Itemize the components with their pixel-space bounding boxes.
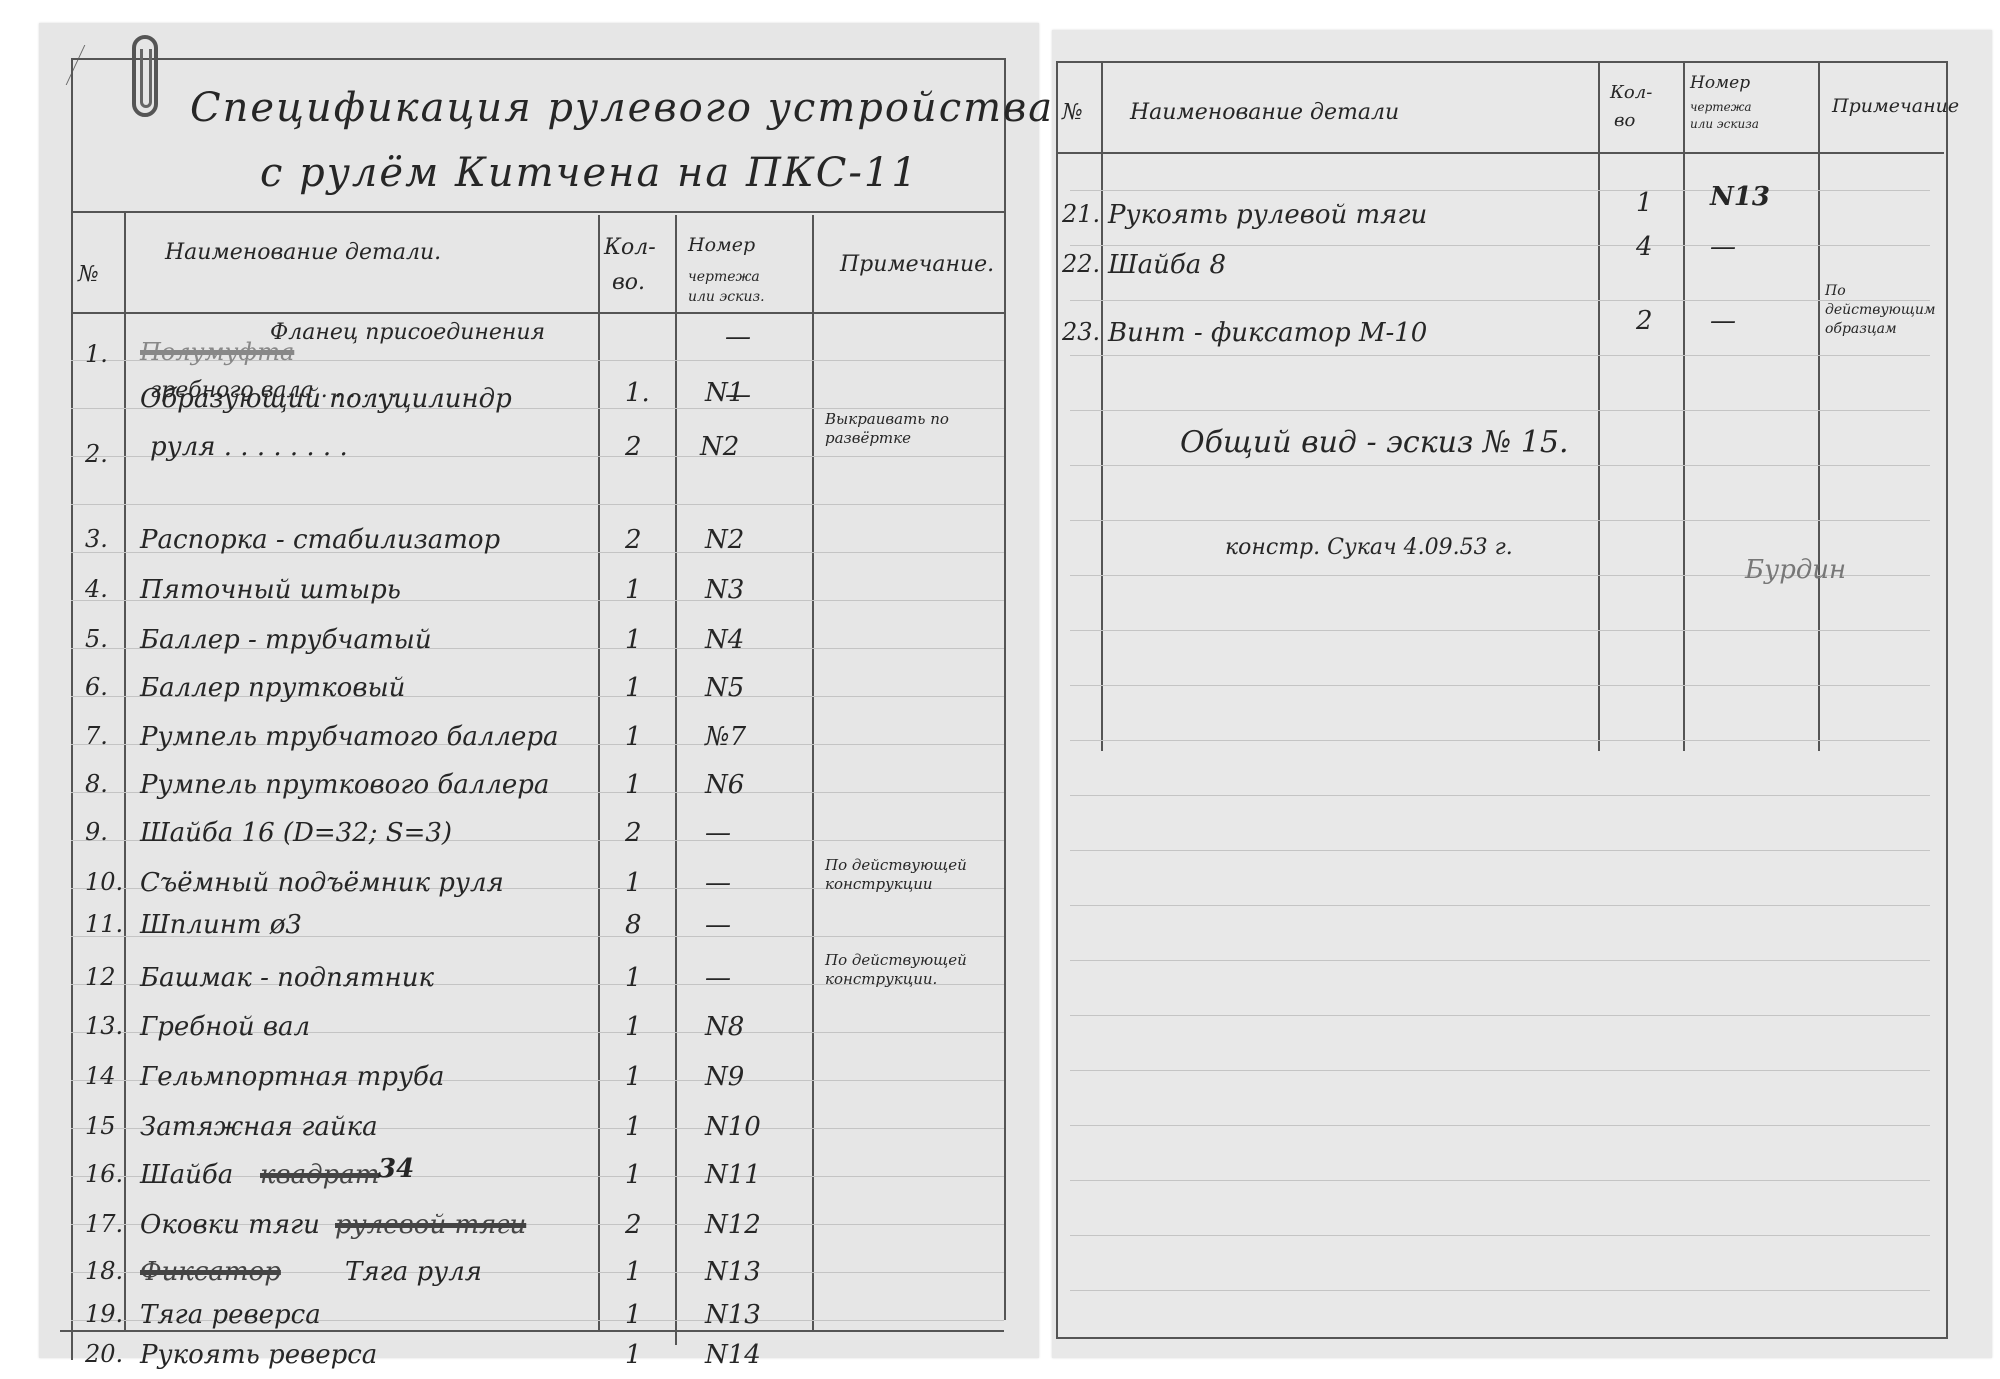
item-name: Румпель трубчатого баллера xyxy=(140,722,559,752)
item-name: Тяга руля xyxy=(345,1257,482,1287)
item-qty: 1 xyxy=(625,1300,642,1330)
item-number: 11. xyxy=(85,910,123,938)
item-qty: 1 xyxy=(625,625,642,655)
designer-signoff: констр. Сукач 4.09.53 г. xyxy=(1225,535,1513,560)
ruled-line xyxy=(1070,740,1930,741)
item-name: Затяжная гайка xyxy=(140,1112,378,1142)
item-drawing: N6 xyxy=(705,770,744,800)
item-name: Образующий полуцилиндр xyxy=(140,384,512,414)
item-number: 4. xyxy=(85,575,108,603)
ruled-line xyxy=(71,504,1004,505)
item-name: Распорка - стабилизатор xyxy=(140,525,500,555)
item-qty: 1 xyxy=(625,722,642,752)
item-number: 18. xyxy=(85,1257,123,1285)
left-header-bottom xyxy=(71,312,1004,314)
item-number: 3. xyxy=(85,525,108,553)
right-header-qty-2: во xyxy=(1614,110,1635,131)
item-drawing: N8 xyxy=(705,1012,744,1042)
item-number: 8. xyxy=(85,770,108,798)
item-qty: 8 xyxy=(625,910,642,940)
item-number: 21. xyxy=(1062,200,1100,228)
item-drawing: N13 xyxy=(1710,182,1770,212)
item-drawing: — xyxy=(1710,232,1736,262)
left-header-drawing-2: чертежа xyxy=(688,270,760,285)
item-drawing: — xyxy=(705,818,731,848)
item-drawing: — xyxy=(705,963,731,993)
item-number: 13. xyxy=(85,1012,123,1040)
item-number: 22. xyxy=(1062,250,1100,278)
item-qty: 4 xyxy=(1636,232,1653,262)
ruled-line xyxy=(1070,1180,1930,1181)
item-number: 1. xyxy=(85,340,108,368)
ruled-line xyxy=(1070,905,1930,906)
item-qty: 1 xyxy=(625,575,642,605)
item-number: 23. xyxy=(1062,318,1100,346)
item-qty: 1 xyxy=(1636,188,1653,218)
right-header-drawing-1: Номер xyxy=(1690,76,1750,91)
left-header-name: Наименование детали. xyxy=(165,240,441,265)
item-drawing-dash: — xyxy=(725,380,751,410)
left-header-qty-1: Кол- xyxy=(604,235,656,260)
item-qty: 1 xyxy=(625,1257,642,1287)
item-note: Выкраивать по развёртке xyxy=(825,410,975,448)
ruled-line xyxy=(1070,1235,1930,1236)
item-number: 5. xyxy=(85,625,108,653)
item-name: Шайба xyxy=(140,1160,233,1190)
left-header-drawing-1: Номер xyxy=(688,238,755,253)
item-name: Шайба 16 (D=32; S=3) xyxy=(140,818,452,848)
item-name: Гребной вал xyxy=(140,1012,310,1042)
item-qty: 1 xyxy=(625,868,642,898)
item-drawing: N13 xyxy=(705,1257,761,1287)
item-qty: 2 xyxy=(625,525,642,555)
item-name: Оковки тяги xyxy=(140,1210,320,1240)
left-col-no-divider xyxy=(124,211,126,1330)
item-name: Пяточный штырь xyxy=(140,575,401,605)
ruled-line xyxy=(1070,1015,1930,1016)
item-name: Шплинт ø3 xyxy=(140,910,302,940)
left-header-no: № xyxy=(78,262,99,287)
ruled-line xyxy=(1070,685,1930,686)
ruled-line xyxy=(1070,1125,1930,1126)
item-name: Баллер - трубчатый xyxy=(140,625,432,655)
right-col-drawing-divider xyxy=(1683,61,1685,751)
left-table-bottom xyxy=(60,1330,1004,1332)
item-number: 7. xyxy=(85,722,108,750)
right-header-name: Наименование детали xyxy=(1130,100,1399,125)
item-drawing: N2 xyxy=(700,432,739,462)
struck-text: Фиксатор xyxy=(140,1257,281,1287)
item-number: 15 xyxy=(85,1112,116,1140)
ruled-line xyxy=(1070,960,1930,961)
item-drawing: N13 xyxy=(705,1300,761,1330)
item-drawing: N3 xyxy=(705,575,744,605)
right-header-no: № xyxy=(1062,100,1083,125)
item-drawing: N10 xyxy=(705,1112,761,1142)
item-number: 12 xyxy=(85,963,116,991)
left-col-notes-divider xyxy=(812,215,814,1330)
item-name: Башмак - подпятник xyxy=(140,963,434,993)
right-col-qty-divider xyxy=(1598,61,1600,751)
left-frame-right xyxy=(1004,58,1006,1320)
item-name: Гельмпортная труба xyxy=(140,1062,444,1092)
item-drawing: — xyxy=(1710,306,1736,336)
item-drawing: N12 xyxy=(705,1210,761,1240)
title-line-1: Спецификация рулевого устройства xyxy=(190,85,1054,131)
ruled-line xyxy=(1070,410,1930,411)
right-header-drawing-3: или эскиза xyxy=(1690,117,1759,132)
right-header-drawing-2: чертежа xyxy=(1690,100,1752,115)
item-name: Винт - фиксатор M-10 xyxy=(1108,318,1427,348)
item-note: По действующим образцам xyxy=(1825,282,1955,339)
item-drawing: N14 xyxy=(705,1340,761,1370)
right-header-bottom xyxy=(1056,152,1944,154)
item-qty: 1. xyxy=(625,378,650,408)
item-qty: 1 xyxy=(625,1062,642,1092)
item-name: Рукоять рулевой тяги xyxy=(1108,200,1427,230)
ruled-line xyxy=(1070,795,1930,796)
item-drawing: N4 xyxy=(705,625,744,655)
left-header-notes: Примечание. xyxy=(840,252,994,277)
item-drawing: №7 xyxy=(705,722,746,752)
item-number: 2. xyxy=(85,440,108,468)
ruled-line xyxy=(1070,190,1930,191)
ruled-line xyxy=(1070,1070,1930,1071)
left-col-qty-divider xyxy=(598,215,600,1330)
signature: Бурдин xyxy=(1745,555,1846,585)
item-name: Фланец присоединения xyxy=(270,320,545,345)
item-qty: 1 xyxy=(625,1340,642,1370)
right-header-notes: Примечание xyxy=(1832,95,1959,117)
item-drawing: N2 xyxy=(705,525,744,555)
item-number: 6. xyxy=(85,673,108,701)
item-name-continued: руля . . . . . . . . xyxy=(150,432,348,462)
ruled-line xyxy=(1070,520,1930,521)
left-header-qty-2: во. xyxy=(612,270,645,295)
item-number: 16. xyxy=(85,1160,123,1188)
item-qty: 1 xyxy=(625,1012,642,1042)
item-name: Румпель пруткового баллера xyxy=(140,770,549,800)
item-name: Съёмный подъёмник руля xyxy=(140,868,504,898)
item-drawing-dash: — xyxy=(725,322,751,352)
item-name: Баллер прутковый xyxy=(140,673,405,703)
paperclip-icon xyxy=(132,35,158,117)
item-drawing: — xyxy=(705,868,731,898)
item-number: 10. xyxy=(85,868,123,896)
ruled-line xyxy=(1070,300,1930,301)
ruled-line xyxy=(1070,1290,1930,1291)
item-number: 9. xyxy=(85,818,108,846)
item-qty: 1 xyxy=(625,1112,642,1142)
item-drawing: N5 xyxy=(705,673,744,703)
right-col-no-divider xyxy=(1101,61,1103,751)
item-name-suffix: 34 xyxy=(378,1154,414,1184)
left-header-top xyxy=(71,211,1004,213)
struck-text: рулевой тяги xyxy=(335,1210,526,1240)
ruled-line xyxy=(1070,245,1930,246)
item-drawing: N9 xyxy=(705,1062,744,1092)
item-name: Шайба 8 xyxy=(1108,250,1226,280)
ruled-line xyxy=(1070,850,1930,851)
general-view-note: Общий вид - эскиз № 15. xyxy=(1180,425,1569,460)
title-line-2: с рулём Китчена на ПКС-11 xyxy=(260,150,919,196)
item-note: По действующей конструкции xyxy=(825,856,985,894)
item-number: 19. xyxy=(85,1300,123,1328)
item-number: 14 xyxy=(85,1062,116,1090)
ruled-line xyxy=(1070,465,1930,466)
item-name: Тяга реверса xyxy=(140,1300,321,1330)
item-qty: 2 xyxy=(1636,306,1653,336)
item-drawing: N11 xyxy=(705,1160,761,1190)
item-note: По действующей конструкции. xyxy=(825,951,985,989)
item-qty: 1 xyxy=(625,1160,642,1190)
item-qty: 2 xyxy=(625,432,642,462)
item-name: Рукоять реверса xyxy=(140,1340,377,1370)
item-qty: 2 xyxy=(625,818,642,848)
item-drawing: — xyxy=(705,910,731,940)
item-number: 20. xyxy=(85,1340,123,1368)
item-number: 17. xyxy=(85,1210,123,1238)
struck-text: квадрат xyxy=(260,1160,379,1190)
left-header-drawing-3: или эскиз. xyxy=(688,290,765,305)
item-qty: 1 xyxy=(625,770,642,800)
ruled-line xyxy=(1070,355,1930,356)
item-qty: 1 xyxy=(625,673,642,703)
right-col-notes-divider xyxy=(1818,61,1820,751)
right-header-qty-1: Кол- xyxy=(1610,82,1652,103)
item-qty: 2 xyxy=(625,1210,642,1240)
item-qty: 1 xyxy=(625,963,642,993)
ruled-line xyxy=(1070,630,1930,631)
